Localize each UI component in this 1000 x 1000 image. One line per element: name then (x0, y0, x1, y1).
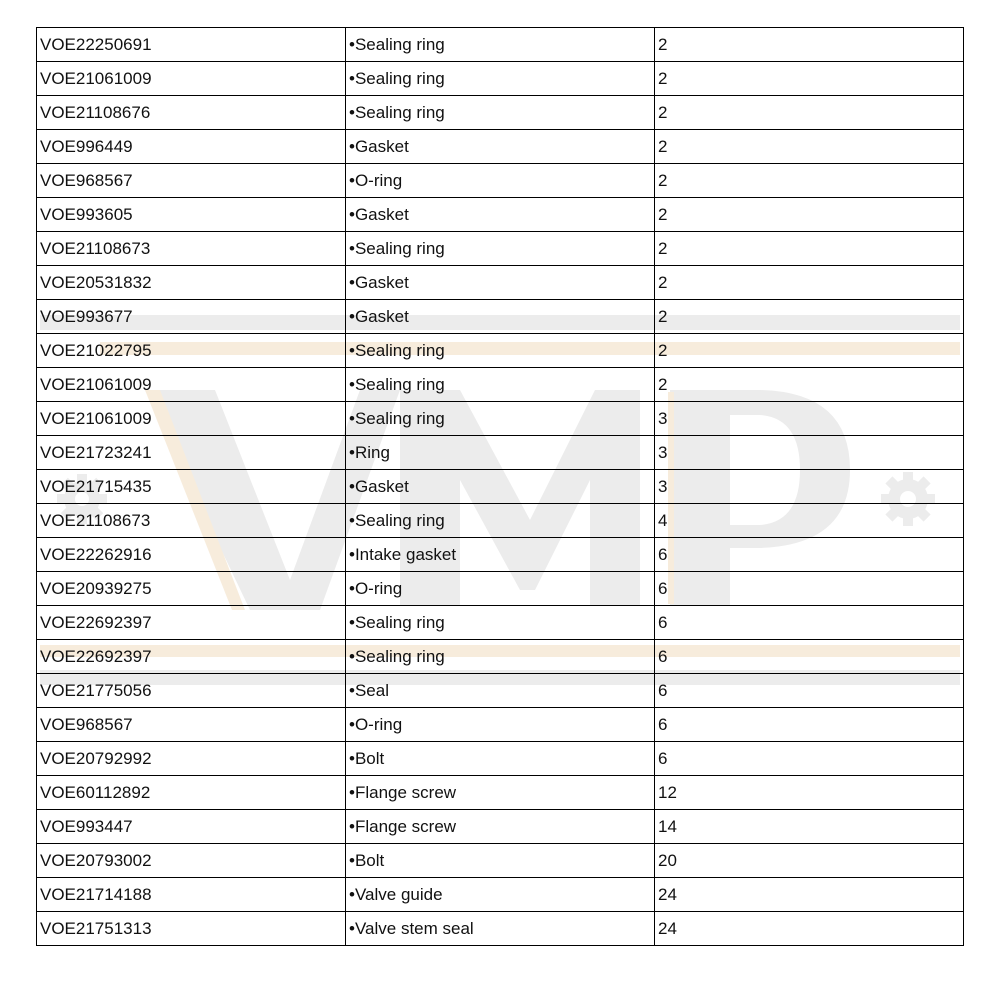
description-cell: •Valve guide (346, 878, 655, 912)
table-row: VOE22692397•Sealing ring6 (37, 640, 964, 674)
table-row: VOE21714188•Valve guide24 (37, 878, 964, 912)
description-cell: •Sealing ring (346, 504, 655, 538)
description-cell: •Valve stem seal (346, 912, 655, 946)
quantity-cell: 2 (655, 232, 964, 266)
part-number-cell: VOE993677 (37, 300, 346, 334)
quantity-cell: 2 (655, 300, 964, 334)
quantity-cell: 6 (655, 742, 964, 776)
table-row: VOE968567•O-ring2 (37, 164, 964, 198)
part-number-cell: VOE968567 (37, 708, 346, 742)
description-cell: •Sealing ring (346, 28, 655, 62)
description-cell: •Bolt (346, 742, 655, 776)
part-number-cell: VOE21061009 (37, 62, 346, 96)
table-row: VOE20792992•Bolt6 (37, 742, 964, 776)
table-row: VOE21108673•Sealing ring4 (37, 504, 964, 538)
part-number-cell: VOE21714188 (37, 878, 346, 912)
part-number-cell: VOE20939275 (37, 572, 346, 606)
description-cell: •Sealing ring (346, 368, 655, 402)
description-cell: •Gasket (346, 198, 655, 232)
table-row: VOE22250691•Sealing ring2 (37, 28, 964, 62)
part-number-cell: VOE21022795 (37, 334, 346, 368)
table-row: VOE22692397•Sealing ring6 (37, 606, 964, 640)
quantity-cell: 2 (655, 198, 964, 232)
table-row: VOE993677•Gasket2 (37, 300, 964, 334)
quantity-cell: 3 (655, 402, 964, 436)
table-row: VOE21108676•Sealing ring2 (37, 96, 964, 130)
part-number-cell: VOE21108673 (37, 504, 346, 538)
quantity-cell: 24 (655, 912, 964, 946)
table-row: VOE21022795•Sealing ring2 (37, 334, 964, 368)
description-cell: •Gasket (346, 130, 655, 164)
part-number-cell: VOE996449 (37, 130, 346, 164)
table-row: VOE21751313•Valve stem seal24 (37, 912, 964, 946)
parts-table-body: VOE22250691•Sealing ring2VOE21061009•Sea… (37, 28, 964, 946)
description-cell: •Gasket (346, 266, 655, 300)
quantity-cell: 2 (655, 334, 964, 368)
table-row: VOE21061009•Sealing ring2 (37, 62, 964, 96)
part-number-cell: VOE968567 (37, 164, 346, 198)
part-number-cell: VOE22262916 (37, 538, 346, 572)
quantity-cell: 2 (655, 96, 964, 130)
description-cell: •Gasket (346, 300, 655, 334)
table-row: VOE22262916•Intake gasket6 (37, 538, 964, 572)
quantity-cell: 24 (655, 878, 964, 912)
description-cell: •Ring (346, 436, 655, 470)
part-number-cell: VOE993447 (37, 810, 346, 844)
quantity-cell: 2 (655, 266, 964, 300)
description-cell: •Flange screw (346, 810, 655, 844)
part-number-cell: VOE21715435 (37, 470, 346, 504)
table-row: VOE996449•Gasket2 (37, 130, 964, 164)
quantity-cell: 3 (655, 436, 964, 470)
quantity-cell: 4 (655, 504, 964, 538)
quantity-cell: 6 (655, 572, 964, 606)
description-cell: •Sealing ring (346, 640, 655, 674)
table-row: VOE21061009•Sealing ring2 (37, 368, 964, 402)
description-cell: •O-ring (346, 164, 655, 198)
description-cell: •Gasket (346, 470, 655, 504)
description-cell: •Sealing ring (346, 402, 655, 436)
table-row: VOE21715435•Gasket3 (37, 470, 964, 504)
table-row: VOE60112892•Flange screw12 (37, 776, 964, 810)
quantity-cell: 2 (655, 164, 964, 198)
part-number-cell: VOE20793002 (37, 844, 346, 878)
description-cell: •Sealing ring (346, 606, 655, 640)
parts-table: VOE22250691•Sealing ring2VOE21061009•Sea… (36, 27, 964, 946)
table-row: VOE993447•Flange screw14 (37, 810, 964, 844)
part-number-cell: VOE21775056 (37, 674, 346, 708)
quantity-cell: 14 (655, 810, 964, 844)
part-number-cell: VOE21108673 (37, 232, 346, 266)
description-cell: •O-ring (346, 708, 655, 742)
description-cell: •O-ring (346, 572, 655, 606)
quantity-cell: 2 (655, 130, 964, 164)
quantity-cell: 6 (655, 674, 964, 708)
quantity-cell: 6 (655, 538, 964, 572)
table-row: VOE21723241•Ring3 (37, 436, 964, 470)
description-cell: •Intake gasket (346, 538, 655, 572)
part-number-cell: VOE22692397 (37, 640, 346, 674)
part-number-cell: VOE22692397 (37, 606, 346, 640)
quantity-cell: 2 (655, 368, 964, 402)
part-number-cell: VOE21751313 (37, 912, 346, 946)
part-number-cell: VOE21108676 (37, 96, 346, 130)
description-cell: •Sealing ring (346, 62, 655, 96)
description-cell: •Flange screw (346, 776, 655, 810)
description-cell: •Seal (346, 674, 655, 708)
quantity-cell: 20 (655, 844, 964, 878)
part-number-cell: VOE993605 (37, 198, 346, 232)
part-number-cell: VOE20792992 (37, 742, 346, 776)
quantity-cell: 2 (655, 28, 964, 62)
part-number-cell: VOE22250691 (37, 28, 346, 62)
table-row: VOE21775056•Seal6 (37, 674, 964, 708)
part-number-cell: VOE21061009 (37, 402, 346, 436)
description-cell: •Sealing ring (346, 96, 655, 130)
quantity-cell: 12 (655, 776, 964, 810)
quantity-cell: 6 (655, 606, 964, 640)
description-cell: •Sealing ring (346, 232, 655, 266)
table-row: VOE20793002•Bolt20 (37, 844, 964, 878)
description-cell: •Sealing ring (346, 334, 655, 368)
table-row: VOE21108673•Sealing ring2 (37, 232, 964, 266)
part-number-cell: VOE21061009 (37, 368, 346, 402)
table-row: VOE968567•O-ring6 (37, 708, 964, 742)
table-row: VOE21061009•Sealing ring3 (37, 402, 964, 436)
table-row: VOE20939275•O-ring6 (37, 572, 964, 606)
quantity-cell: 3 (655, 470, 964, 504)
table-row: VOE20531832•Gasket2 (37, 266, 964, 300)
quantity-cell: 2 (655, 62, 964, 96)
part-number-cell: VOE20531832 (37, 266, 346, 300)
quantity-cell: 6 (655, 708, 964, 742)
quantity-cell: 6 (655, 640, 964, 674)
table-row: VOE993605•Gasket2 (37, 198, 964, 232)
part-number-cell: VOE60112892 (37, 776, 346, 810)
part-number-cell: VOE21723241 (37, 436, 346, 470)
description-cell: •Bolt (346, 844, 655, 878)
